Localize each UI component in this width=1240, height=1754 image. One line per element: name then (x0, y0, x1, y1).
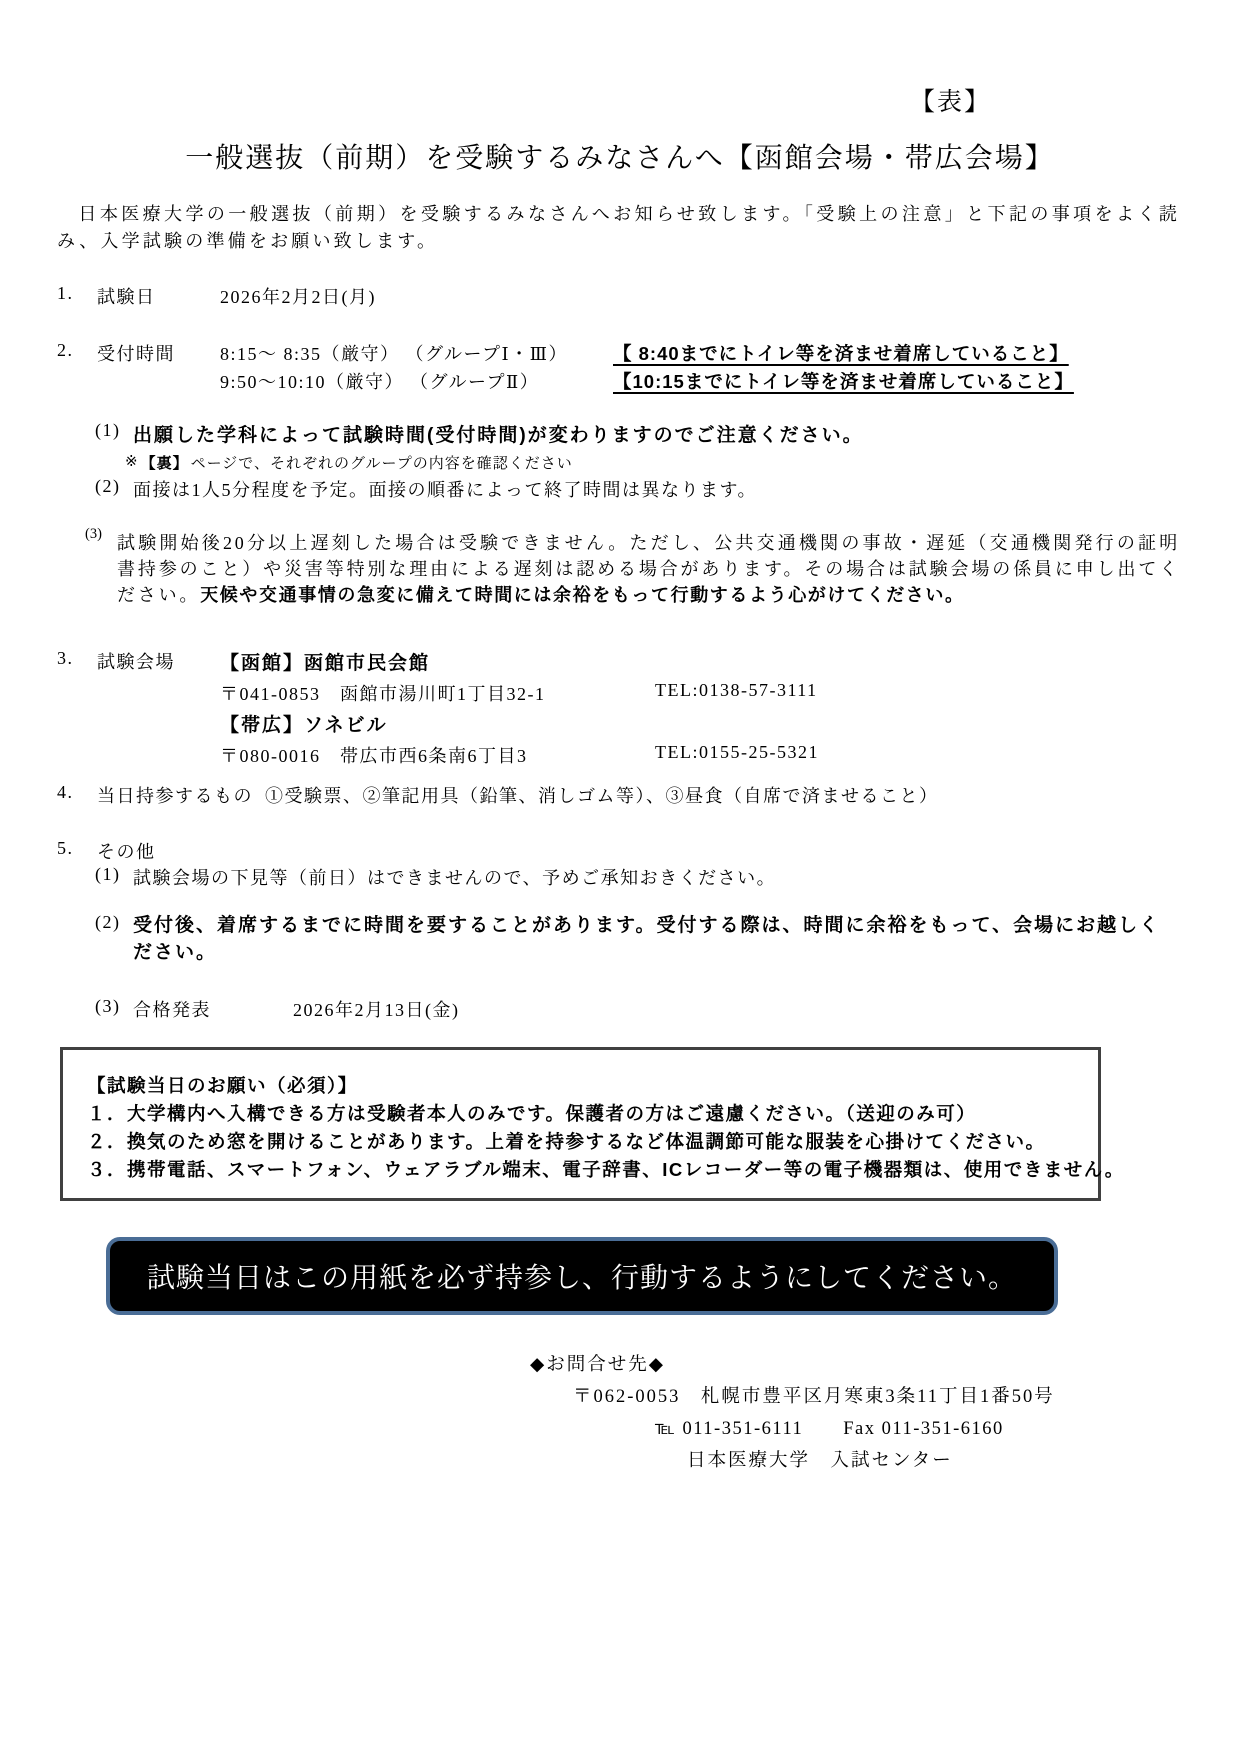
note-text-emphasis: 天候や交通事情の急変に備えて時間には余裕をもって行動するよう心がけてください。 (200, 585, 964, 605)
contact-heading: ◆お問合せ先◆ (530, 1350, 665, 1376)
item-number: (3) (95, 996, 133, 1017)
page-side-label: 【表】 (910, 82, 991, 118)
venue-tel-obihiro: TEL:0155-25-5321 (655, 742, 819, 763)
items-to-bring-value: ①受験票、②筆記用具（鉛筆、消しゴム等）、③昼食（自席で済ませること） (265, 782, 939, 808)
section-other: 5. その他 (57, 838, 220, 864)
notice-box-item: ３．携帯電話、スマートフォン、ウェアラブル端末、電子辞書、ICレコーダー等の電子… (87, 1156, 1078, 1184)
contact-organization: 日本医療大学 入試センター (687, 1446, 953, 1472)
notice-box-title: 【試験当日のお願い（必須）】 (87, 1072, 1078, 1100)
note-number-late: (3) (85, 526, 102, 543)
item-text: 試験会場の下見等（前日）はできませんので、予めご承知おきください。 (133, 864, 776, 890)
venue-name-hakodate: 【函館】函館市民会館 (220, 648, 430, 675)
other-item-results: (3) 合格発表 2026年2月13日(金) (95, 996, 460, 1022)
note-exam-time-varies: (1) 出願した学科によって試験時間(受付時間)が変わりますのでご注意ください。 (95, 420, 864, 447)
notice-box-item: １．大学構内へ入構できる方は受験者本人のみです。保護者の方はご遠慮ください。（送… (87, 1100, 1078, 1128)
note-number: (1) (95, 420, 133, 441)
other-item-arrive-early: 受付後、着席するまでに時間を要することがあります。受付する際は、時間に余裕をもっ… (133, 912, 1178, 966)
note-interview: (2) 面接は1人5分程度を予定。面接の順番によって終了時間は異なります。 (95, 476, 757, 502)
results-date: 2026年2月13日(金) (293, 996, 460, 1022)
note-see-back-page: ※ 【裏】 ページで、それぞれのグループの内容を確認ください (125, 452, 573, 473)
section-exam-date: 1. 試験日 2026年2月2日(月) (57, 283, 376, 309)
section-term: 受付時間 (97, 340, 220, 366)
intro-paragraph: 日本医療大学の一般選抜（前期）を受験するみなさんへお知らせ致します。「受験上の注… (57, 201, 1180, 255)
venue-tel-hakodate: TEL:0138-57-3111 (655, 680, 818, 701)
section-exam-venue: 3. 試験会場 【函館】函館市民会館 (57, 648, 430, 675)
note-text: ページで、それぞれのグループの内容を確認ください (191, 452, 573, 473)
note-lateness-policy: 試験開始後20分以上遅刻した場合は受験できません。ただし、公共交通機関の事故・遅… (117, 530, 1180, 608)
note-number: (2) (95, 476, 133, 497)
reception-time-row-2: 9:50～10:10（厳守） （グループⅡ） 【10:15までにトイレ等を済ませ… (220, 368, 1074, 394)
item-number: (2) (95, 912, 133, 933)
seating-deadline-group1: 【 8:40までにトイレ等を済ませ着席していること】 (613, 340, 1069, 366)
venue-address-hakodate: 〒041-0853 函館市湯川町1丁目32-1 (220, 680, 655, 706)
seating-deadline-group2: 【10:15までにトイレ等を済ませ着席していること】 (613, 368, 1074, 394)
section-reception-time: 2. 受付時間 8:15～ 8:35（厳守） （グループⅠ・Ⅲ） 【 8:40ま… (57, 340, 1069, 366)
venue-address-row: 〒041-0853 函館市湯川町1丁目32-1 TEL:0138-57-3111 (220, 680, 818, 706)
results-label: 合格発表 (133, 996, 293, 1022)
reception-time-group2: 9:50～10:10（厳守） （グループⅡ） (220, 368, 613, 394)
section-number: 2. (57, 340, 97, 361)
item-text-emphasis: 受付後、着席するまでに時間を要することがあります。受付する際は、時間に余裕をもっ… (133, 915, 1160, 963)
reference-mark: ※ (125, 452, 139, 471)
notice-box-item: ２．換気のため窓を開けることがあります。上着を持参するなど体温調節可能な服装を心… (87, 1128, 1078, 1156)
section-term: 試験会場 (97, 648, 220, 674)
note-text: 出願した学科によって試験時間(受付時間)が変わりますのでご注意ください。 (133, 420, 864, 447)
bring-this-sheet-banner: 試験当日はこの用紙を必ず持参し、行動するようにしてください。 (106, 1237, 1058, 1315)
exam-notice-page: 【表】 一般選抜（前期）を受験するみなさんへ【函館会場・帯広会場】 日本医療大学… (0, 0, 1240, 1754)
page-title: 一般選抜（前期）を受験するみなさんへ【函館会場・帯広会場】 (0, 136, 1240, 176)
exam-date-value: 2026年2月2日(月) (220, 283, 376, 309)
venue-name-row: 【帯広】ソネビル (220, 710, 388, 737)
other-item-no-preview: (1) 試験会場の下見等（前日）はできませんので、予めご承知おきください。 (95, 864, 776, 890)
section-term: 当日持参するもの (97, 782, 265, 808)
section-number: 5. (57, 838, 97, 859)
reception-time-group1: 8:15～ 8:35（厳守） （グループⅠ・Ⅲ） (220, 340, 613, 366)
note-text: 面接は1人5分程度を予定。面接の順番によって終了時間は異なります。 (133, 476, 757, 502)
venue-name-obihiro: 【帯広】ソネビル (220, 710, 388, 737)
section-term: 試験日 (97, 283, 220, 309)
banner-text: 試験当日はこの用紙を必ず持参し、行動するようにしてください。 (147, 1256, 1017, 1296)
venue-address-row: 〒080-0016 帯広市西6条南6丁目3 TEL:0155-25-5321 (220, 742, 819, 768)
section-number: 4. (57, 782, 97, 803)
contact-address: 〒062-0053 札幌市豊平区月寒東3条11丁目1番50号 (573, 1382, 1055, 1408)
section-term: その他 (97, 838, 220, 864)
section-number: 3. (57, 648, 97, 669)
contact-tel-fax: ℡ 011-351-6111 Fax 011-351-6160 (655, 1414, 1004, 1440)
section-number: 1. (57, 283, 97, 304)
exam-day-request-box: 【試験当日のお願い（必須）】 １．大学構内へ入構できる方は受験者本人のみです。保… (60, 1047, 1101, 1201)
back-page-label: 【裏】 (141, 452, 189, 473)
venue-address-obihiro: 〒080-0016 帯広市西6条南6丁目3 (220, 742, 655, 768)
item-number: (1) (95, 864, 133, 885)
section-items-to-bring: 4. 当日持参するもの ①受験票、②筆記用具（鉛筆、消しゴム等）、③昼食（自席で… (57, 782, 939, 808)
